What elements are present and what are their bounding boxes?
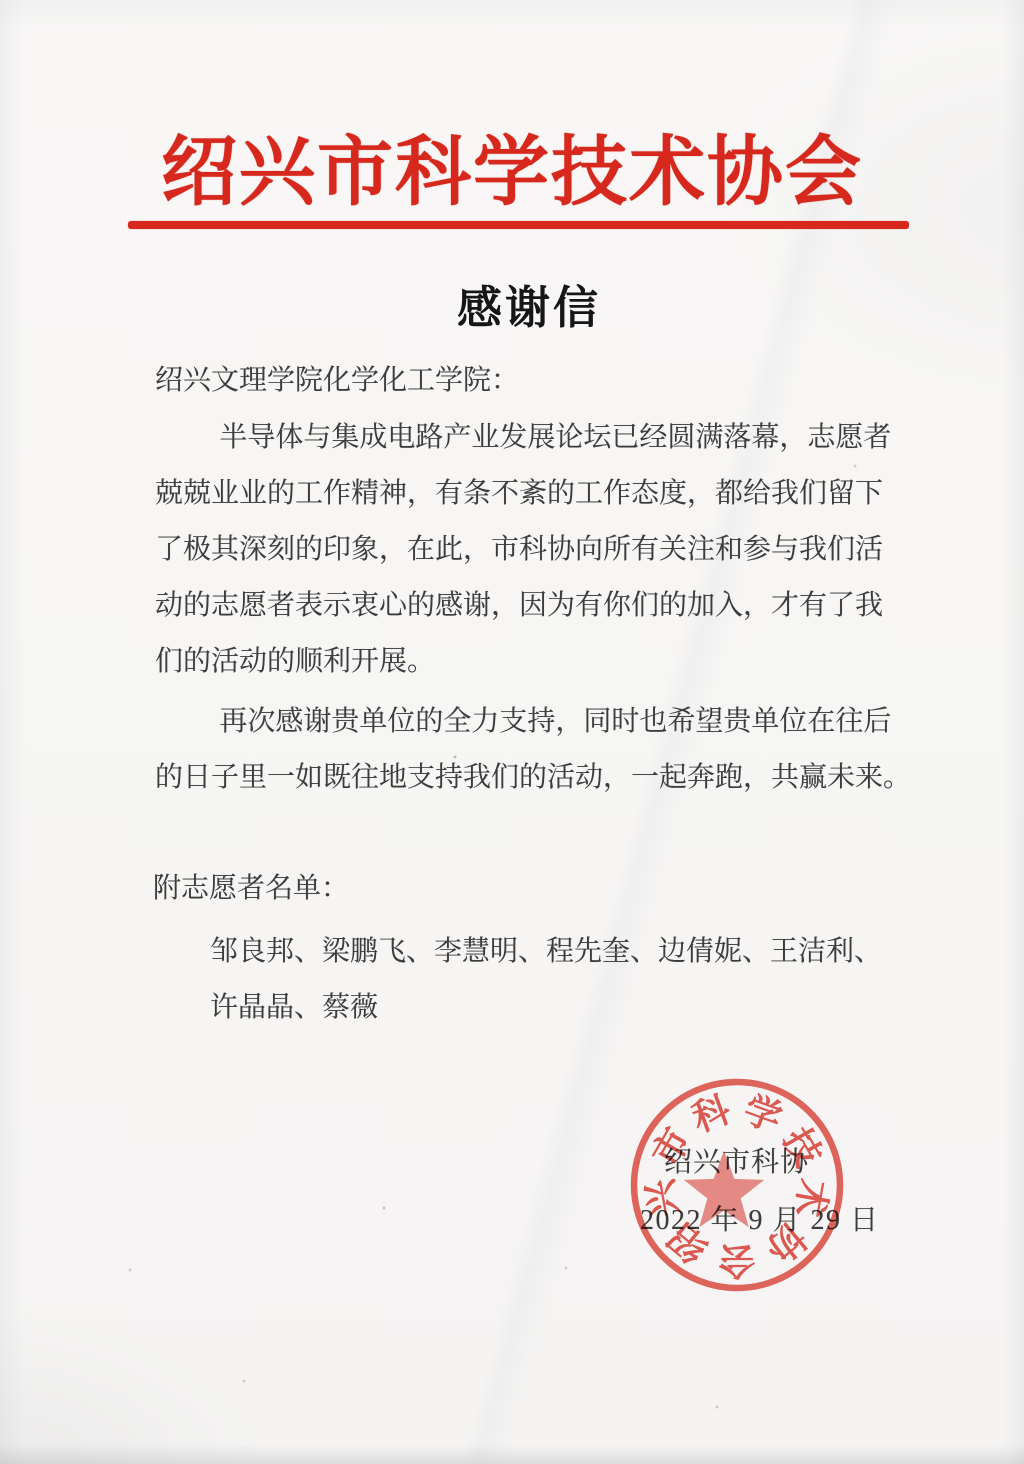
text-line: 的日子里一如既往地支持我们的活动，一起奔跑，共赢未来。	[155, 750, 911, 806]
paragraph-1: 半导体与集成电路产业发展论坛已经圆满落幕，志愿者兢兢业业的工作精神，有条不紊的工…	[155, 410, 891, 690]
volunteer-name-list: 邹良邦、梁鹏飞、李慧明、程先奎、边倩妮、王洁利、许晶晶、蔡薇	[210, 924, 882, 1036]
stamp-character: 兴	[640, 1175, 687, 1220]
text-line: 们的活动的顺利开展。	[155, 634, 891, 690]
text-line: 动的志愿者表示衷心的感谢，因为有你们的加入，才有了我	[155, 578, 891, 634]
text-line: 半导体与集成电路产业发展论坛已经圆满落幕，志愿者	[155, 410, 891, 466]
letter-title: 感谢信	[457, 283, 601, 333]
paragraph-2: 再次感谢贵单位的全力支持，同时也希望贵单位在往后的日子里一如既往地支持我们的活动…	[155, 694, 911, 806]
text-line: 邹良邦、梁鹏飞、李慧明、程先奎、边倩妮、王洁利、	[210, 924, 882, 980]
salutation: 绍兴文理学院化学化工学院：	[155, 366, 519, 395]
stamp-character: 学	[738, 1088, 787, 1140]
stamp-character: 术	[787, 1176, 835, 1220]
text-line: 许晶晶、蔡薇	[210, 980, 882, 1036]
official-seal-stamp: 绍兴市科学技术协会	[617, 1065, 857, 1305]
stamp-character: 会	[719, 1239, 756, 1281]
org-header-title: 绍兴市科学技术协会	[161, 128, 863, 218]
stamp-character: 科	[687, 1088, 736, 1140]
text-line: 了极其深刻的印象，在此，市科协向所有关注和参与我们活	[155, 522, 891, 578]
text-line: 兢兢业业的工作精神，有条不紊的工作态度，都给我们留下	[155, 466, 891, 522]
header-divider-rule	[128, 221, 909, 229]
letter-page: 绍兴市科学技术协会 感谢信 绍兴文理学院化学化工学院： 半导体与集成电路产业发展…	[0, 0, 1024, 1464]
text-line: 再次感谢贵单位的全力支持，同时也希望贵单位在往后	[155, 694, 911, 750]
stamp-star-icon	[684, 1151, 764, 1228]
attachment-label: 附志愿者名单：	[153, 874, 349, 903]
